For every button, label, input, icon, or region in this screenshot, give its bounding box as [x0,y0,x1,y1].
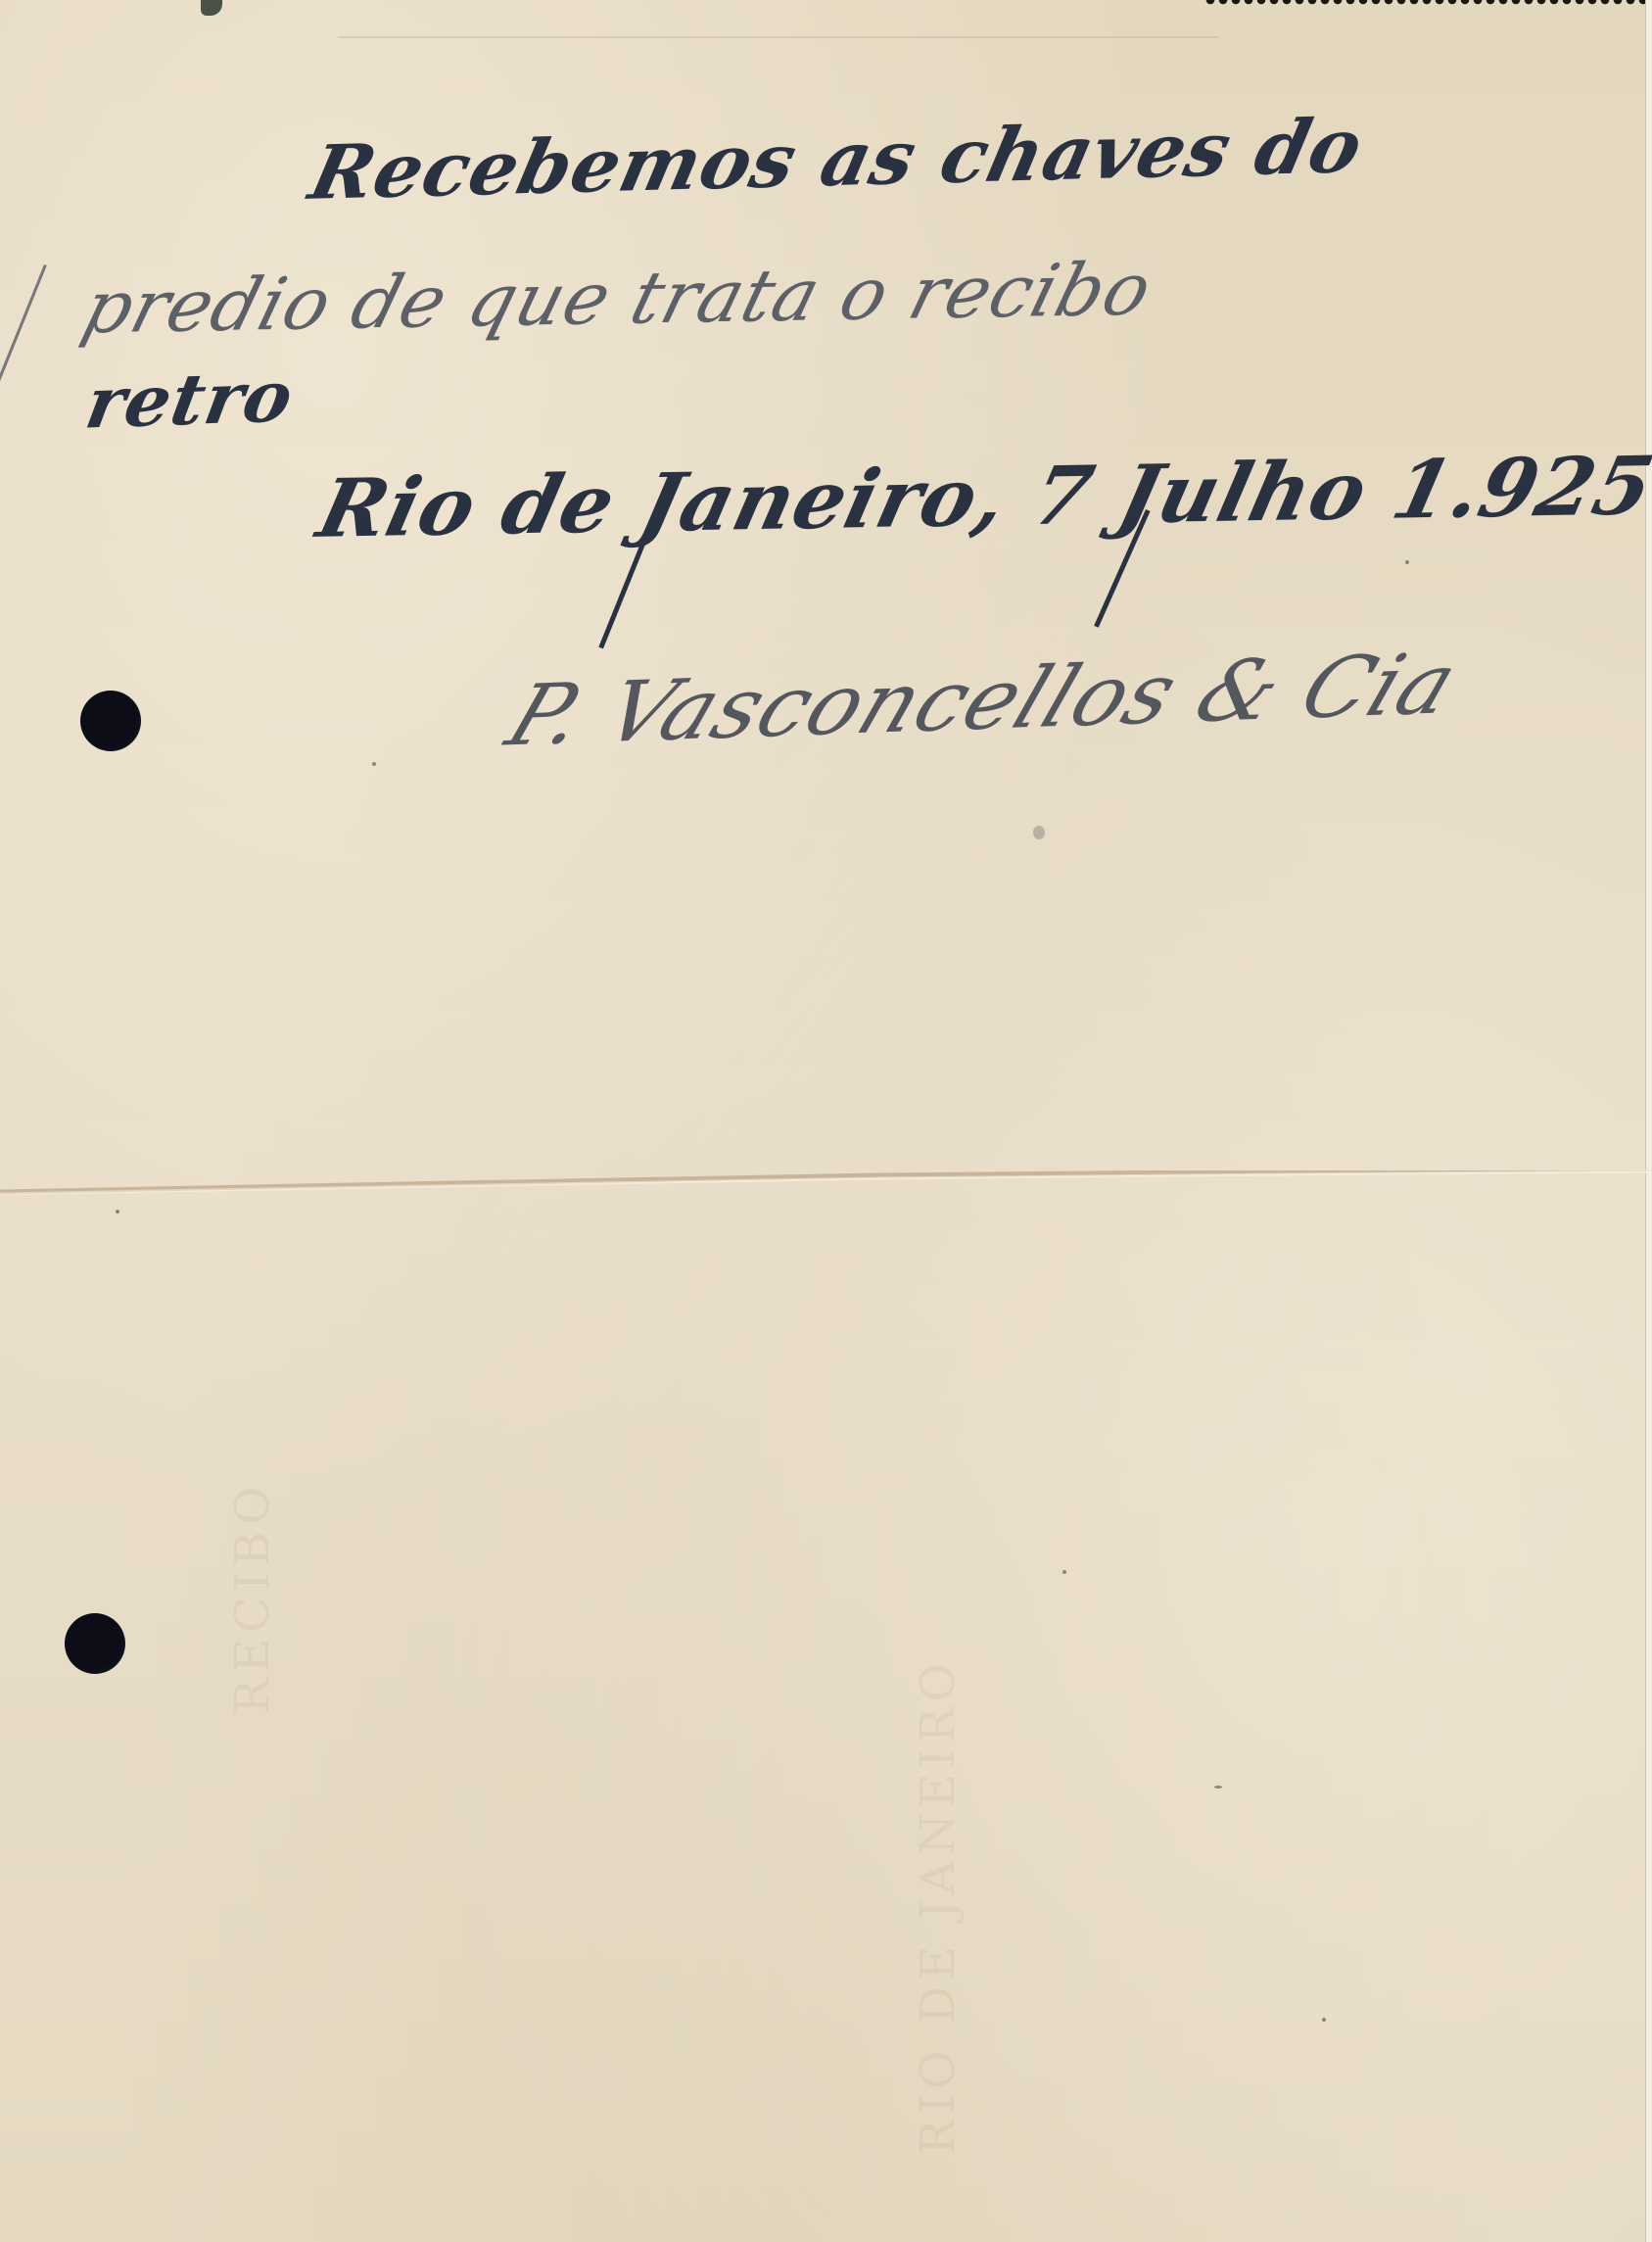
paper-speck [1033,826,1045,839]
ink-mark [201,0,222,16]
handwritten-line-1: Recebemos as chaves do [303,102,1371,216]
punch-hole [65,1613,125,1674]
punch-hole [80,691,141,751]
page-right-edge [1645,0,1652,2242]
perforated-top-edge [1204,0,1646,5]
document-page: RECIBO RIO DE JANEIRO Recebemos as chave… [0,0,1652,2242]
handwritten-date-line: Rio de Janeiro, 7 Julho 1.925 [309,439,1652,556]
paper-speck [1062,1570,1066,1574]
paper-speck [1405,560,1409,564]
faint-printed-rule [338,36,1219,38]
paper-speck [372,762,376,766]
paper-speck [116,1210,119,1214]
signature: P. Vasconcellos & Cia [495,636,1471,766]
paper-speck [1214,1786,1222,1789]
paper-speck [1322,2018,1326,2022]
horizontal-fold-crease [0,1170,1652,1210]
bleed-through-text: RIO DE JANEIRO [911,1657,966,2155]
handwritten-line-3: retro [80,354,300,444]
margin-pen-stroke [0,264,47,429]
bleed-through-text: RECIBO [225,1481,280,1714]
handwritten-line-2: predio de que trata o recibo [74,248,1161,351]
